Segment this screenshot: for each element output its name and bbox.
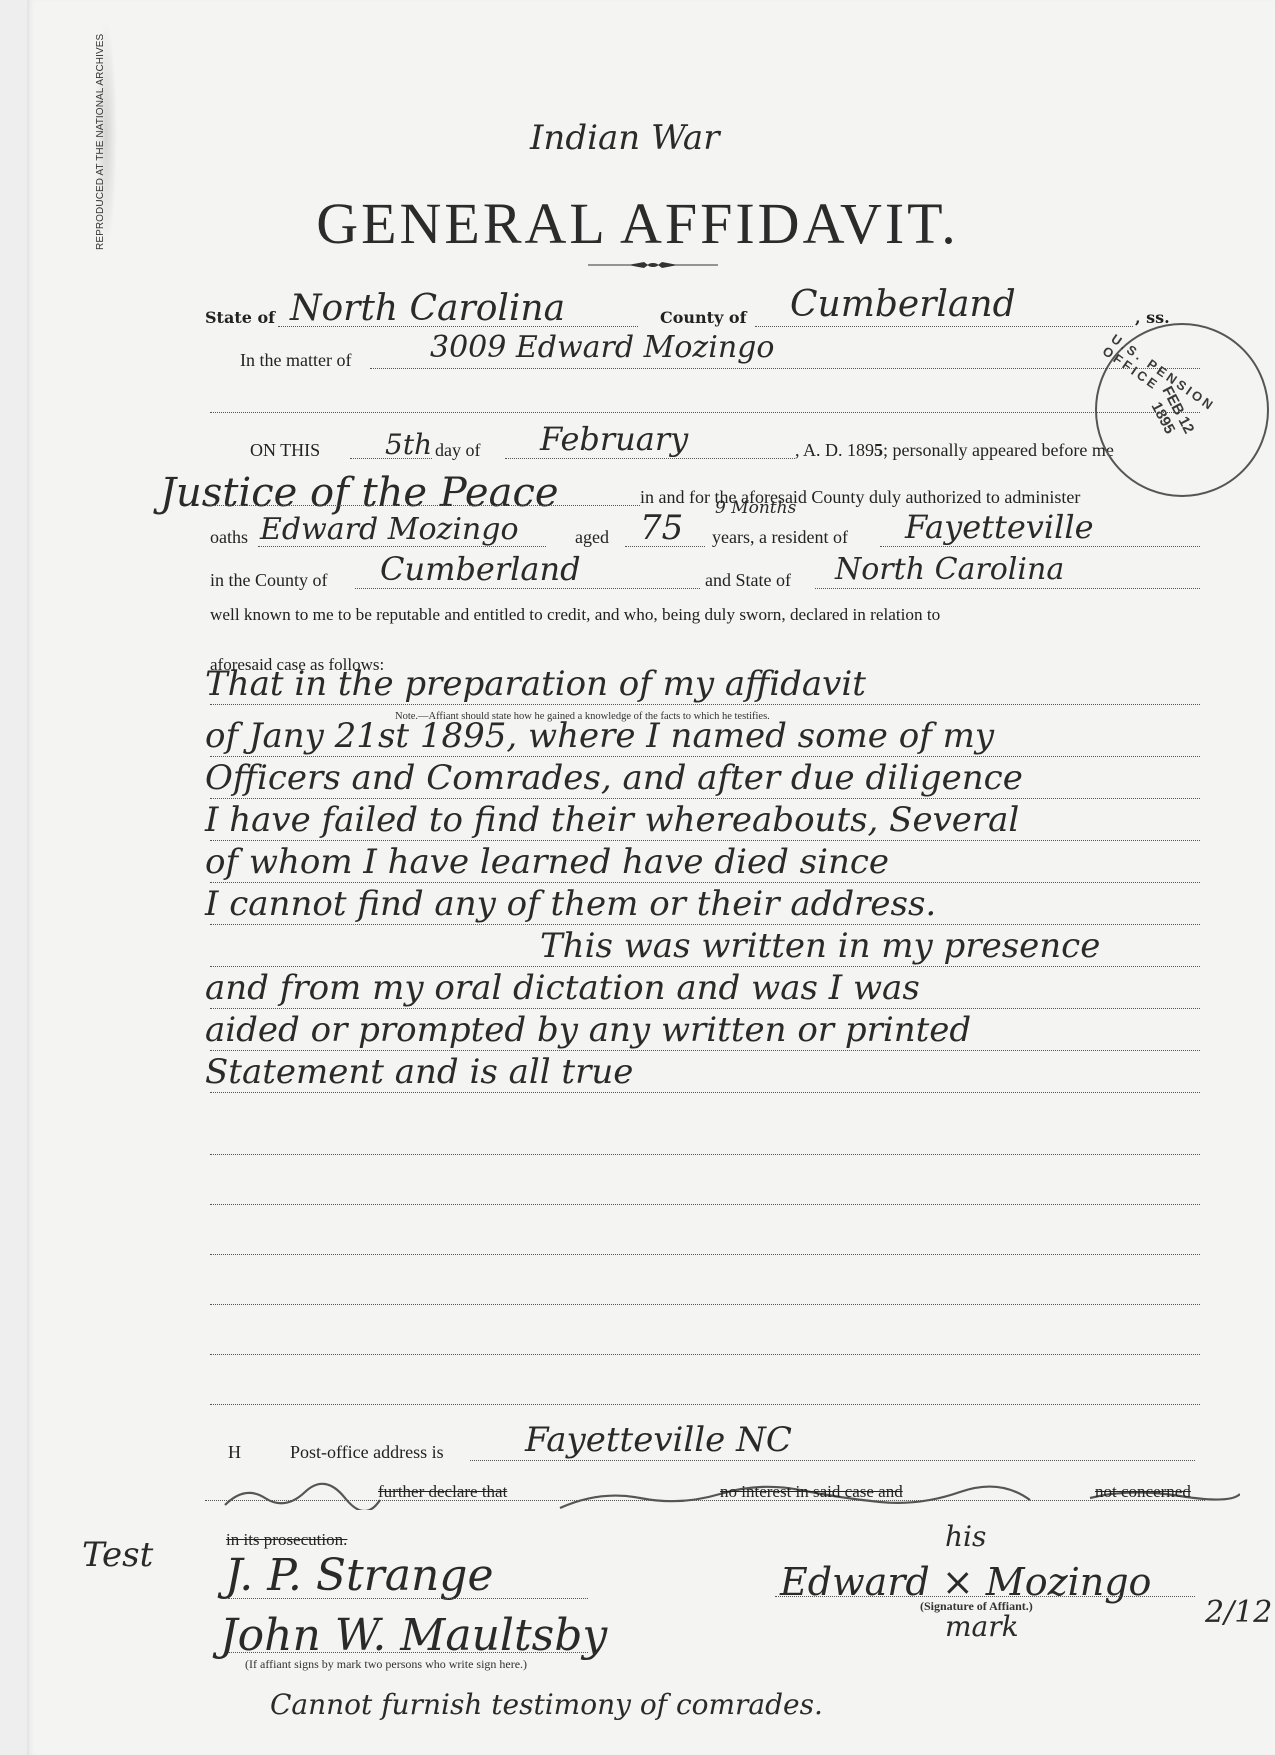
- statement-line[interactable]: I have failed to find their whereabouts,…: [205, 800, 1019, 840]
- statement-rule-line: [210, 1154, 1200, 1155]
- state-of-field-line: [815, 588, 1200, 589]
- affiant-signature-line: [775, 1596, 1195, 1597]
- statement-rule-line: [210, 840, 1200, 841]
- residence-value[interactable]: Fayetteville: [905, 508, 1094, 546]
- pension-office-received-stamp: U.S. PENSION OFFICE FEB 12 1895: [1095, 323, 1269, 497]
- statement-line[interactable]: Statement and is all true: [205, 1052, 633, 1092]
- county-of-field-line: [355, 588, 700, 589]
- document-title: GENERAL AFFIDAVIT.: [0, 190, 1275, 257]
- appeared-text: ; personally appeared before me: [883, 440, 1114, 460]
- title-ornament-icon: [588, 262, 718, 268]
- statement-line[interactable]: This was written in my presence: [540, 926, 1100, 966]
- statement-rule-line: [210, 1008, 1200, 1009]
- statement-line[interactable]: and from my oral dictation and was I was: [205, 968, 920, 1008]
- statement-rule-line: [210, 1254, 1200, 1255]
- residence-field-line: [880, 546, 1200, 547]
- statement-rule-line: [210, 1092, 1200, 1093]
- state-of-label: and State of: [705, 570, 791, 591]
- ad-text: , A. D. 189: [795, 440, 874, 460]
- post-office-field-line: [470, 1460, 1195, 1461]
- age-value[interactable]: 75: [640, 508, 683, 548]
- matter-field-line-2: [210, 412, 1200, 413]
- h-mark: H: [228, 1442, 241, 1463]
- margin-note: 2/12: [1205, 1595, 1272, 1630]
- statement-rule-line: [210, 798, 1200, 799]
- prosecution-text: in its prosecution.: [226, 1530, 347, 1550]
- official-suffix: in and for the aforesaid County duly aut…: [640, 487, 1080, 508]
- reputable-text: well known to me to be reputable and ent…: [210, 605, 940, 625]
- county-of-label: in the County of: [210, 570, 328, 591]
- months-insert[interactable]: 9 Months: [715, 498, 796, 518]
- statement-line[interactable]: aided or prompted by any written or prin…: [205, 1010, 971, 1050]
- statement-rule-line: [210, 704, 1200, 705]
- statement-rule-line: [210, 1404, 1200, 1405]
- statement-line[interactable]: Officers and Comrades, and after due dil…: [205, 758, 1023, 798]
- state-of-value[interactable]: North Carolina: [835, 552, 1064, 587]
- statement-rule-line: [210, 966, 1200, 967]
- matter-value[interactable]: 3009 Edward Mozingo: [430, 330, 774, 365]
- statement-rule-line: [210, 1354, 1200, 1355]
- not-concerned-text: not concerned: [1095, 1482, 1191, 1502]
- his-label: his: [945, 1520, 986, 1553]
- further-declare-line: [205, 1500, 1205, 1501]
- witness-2-line: [228, 1652, 588, 1653]
- witness-caption: (If affiant signs by mark two persons wh…: [245, 1657, 527, 1672]
- state-label: State of: [205, 308, 275, 327]
- witness-1-line: [228, 1598, 588, 1599]
- statement-line[interactable]: I cannot find any of them or their addre…: [205, 884, 936, 924]
- affiant-name-value[interactable]: Edward Mozingo: [260, 512, 519, 547]
- affiant-first-name: Edward: [780, 1560, 930, 1604]
- official-field-line: [210, 505, 640, 506]
- instruction-note: Note.—Affiant should state how he gained…: [395, 711, 770, 722]
- county-label: County of: [660, 308, 746, 327]
- post-office-label: Post-office address is: [290, 1442, 444, 1463]
- post-office-value[interactable]: Fayetteville NC: [525, 1420, 792, 1460]
- month-field-line: [505, 458, 795, 459]
- affiant-x-mark: ×: [942, 1560, 974, 1604]
- state-value[interactable]: North Carolina: [290, 288, 565, 329]
- statement-rule-line: [210, 1050, 1200, 1051]
- witness-2-signature[interactable]: John W. Maultsby: [220, 1610, 607, 1661]
- statement-rule-line: [210, 756, 1200, 757]
- affiant-signature[interactable]: Edward × Mozingo: [780, 1560, 1151, 1604]
- day-of-label: day of: [435, 440, 480, 461]
- aged-label: aged: [575, 527, 609, 548]
- county-field-line: [755, 326, 1133, 327]
- statement-line[interactable]: of whom I have learned have died since: [205, 842, 889, 882]
- statement-rule-line: [210, 1204, 1200, 1205]
- statement-line[interactable]: of Jany 21st 1895, where I named some of…: [205, 716, 994, 756]
- war-annotation: Indian War: [530, 118, 719, 158]
- official-value[interactable]: Justice of the Peace: [160, 470, 559, 516]
- year-digit[interactable]: 5: [874, 440, 883, 460]
- statement-rule-line: [210, 1304, 1200, 1305]
- mark-label: mark: [945, 1610, 1019, 1643]
- further-declare-text: further declare that: [378, 1482, 507, 1502]
- day-value[interactable]: 5th: [385, 428, 432, 461]
- ad-label: , A. D. 1895; personally appeared before…: [795, 440, 1114, 461]
- closing-note[interactable]: Cannot furnish testimony of comrades.: [270, 1688, 823, 1721]
- county-of-value[interactable]: Cumberland: [380, 550, 581, 588]
- matter-label: In the matter of: [240, 350, 351, 371]
- statement-rule-line: [210, 882, 1200, 883]
- affiant-last-name: Mozingo: [986, 1560, 1152, 1604]
- oaths-label: oaths: [210, 527, 248, 548]
- no-interest-text: no interest in said case and: [720, 1482, 903, 1502]
- witness-1-signature[interactable]: J. P. Strange: [225, 1550, 494, 1601]
- years-resident-label: years, a resident of: [712, 527, 848, 548]
- on-this-label: ON THIS: [250, 440, 320, 461]
- month-value[interactable]: February: [540, 420, 688, 458]
- matter-field-line: [370, 368, 1200, 369]
- statement-rule-line: [210, 924, 1200, 925]
- attest-label: Test: [82, 1535, 153, 1575]
- county-value[interactable]: Cumberland: [790, 284, 1016, 325]
- statement-line[interactable]: That in the preparation of my affidavit: [205, 664, 866, 704]
